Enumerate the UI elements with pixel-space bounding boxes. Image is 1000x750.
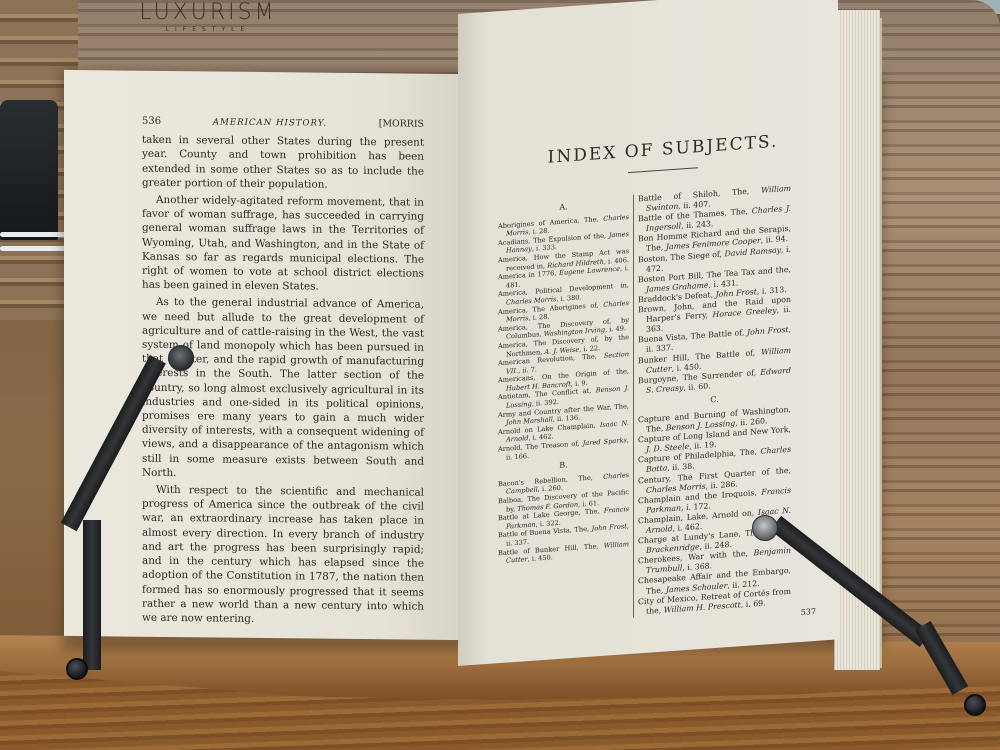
right-clamp-screw-icon	[964, 694, 986, 716]
paragraph: taken in several other States during the…	[142, 133, 424, 193]
index-column-1: A.Aborigines of America, The, Charles Mo…	[498, 195, 633, 627]
entry-reference: , i. 69.	[741, 598, 766, 609]
entry-reference: , ii. 60.	[683, 381, 710, 392]
entry-reference: , ii. 94.	[761, 234, 788, 245]
logo-sub-text: LIFESTYLE	[128, 26, 288, 33]
left-page: 536 AMERICAN HISTORY. [MORRIS taken in s…	[64, 70, 464, 640]
stand-logo: LUXURISM LIFESTYLE	[128, 0, 288, 33]
page-number: 536	[142, 115, 161, 129]
index-columns: A.Aborigines of America, The, Charles Mo…	[498, 181, 828, 627]
entry-author: John Frost	[592, 523, 627, 533]
right-clamp-tip	[752, 515, 778, 541]
entry-author: John Frost	[747, 325, 789, 337]
background-device	[0, 100, 58, 240]
index-title: INDEX OF SUBJECTS.	[498, 128, 828, 171]
background-cable	[0, 232, 70, 237]
logo-main-text: LUXURISM	[128, 0, 288, 26]
index-content: INDEX OF SUBJECTS. A.Aborigines of Ameri…	[498, 128, 828, 638]
right-page: INDEX OF SUBJECTS. A.Aborigines of Ameri…	[458, 0, 838, 666]
left-page-clamp-post	[83, 520, 101, 670]
background-cable	[0, 246, 70, 251]
running-title: AMERICAN HISTORY.	[213, 115, 327, 130]
left-page-content: 536 AMERICAN HISTORY. [MORRIS taken in s…	[142, 115, 424, 631]
title-rule	[628, 167, 698, 173]
left-clamp-tip	[168, 345, 194, 371]
section-marker: [MORRIS	[379, 117, 424, 132]
paragraph: As to the general industrial advance of …	[142, 295, 424, 483]
left-clamp-screw-icon	[66, 658, 88, 680]
entry-reference: , ii. 38.	[667, 462, 694, 473]
photo-scene: LUXURISM LIFESTYLE 536 AMERICAN HISTORY.…	[0, 0, 1000, 750]
entry-author: Jared Sparks	[583, 436, 627, 447]
entry-reference: , i. 450.	[528, 554, 553, 564]
entry-reference: , ii. 19.	[689, 440, 716, 451]
running-header: 536 AMERICAN HISTORY. [MORRIS	[142, 115, 424, 132]
paragraph: With respect to the scientific and mecha…	[142, 483, 424, 628]
paragraph: Another widely-agitated reform movement,…	[142, 193, 424, 295]
index-column-2: Battle of Shiloh, The, William Swinton, …	[633, 184, 791, 618]
